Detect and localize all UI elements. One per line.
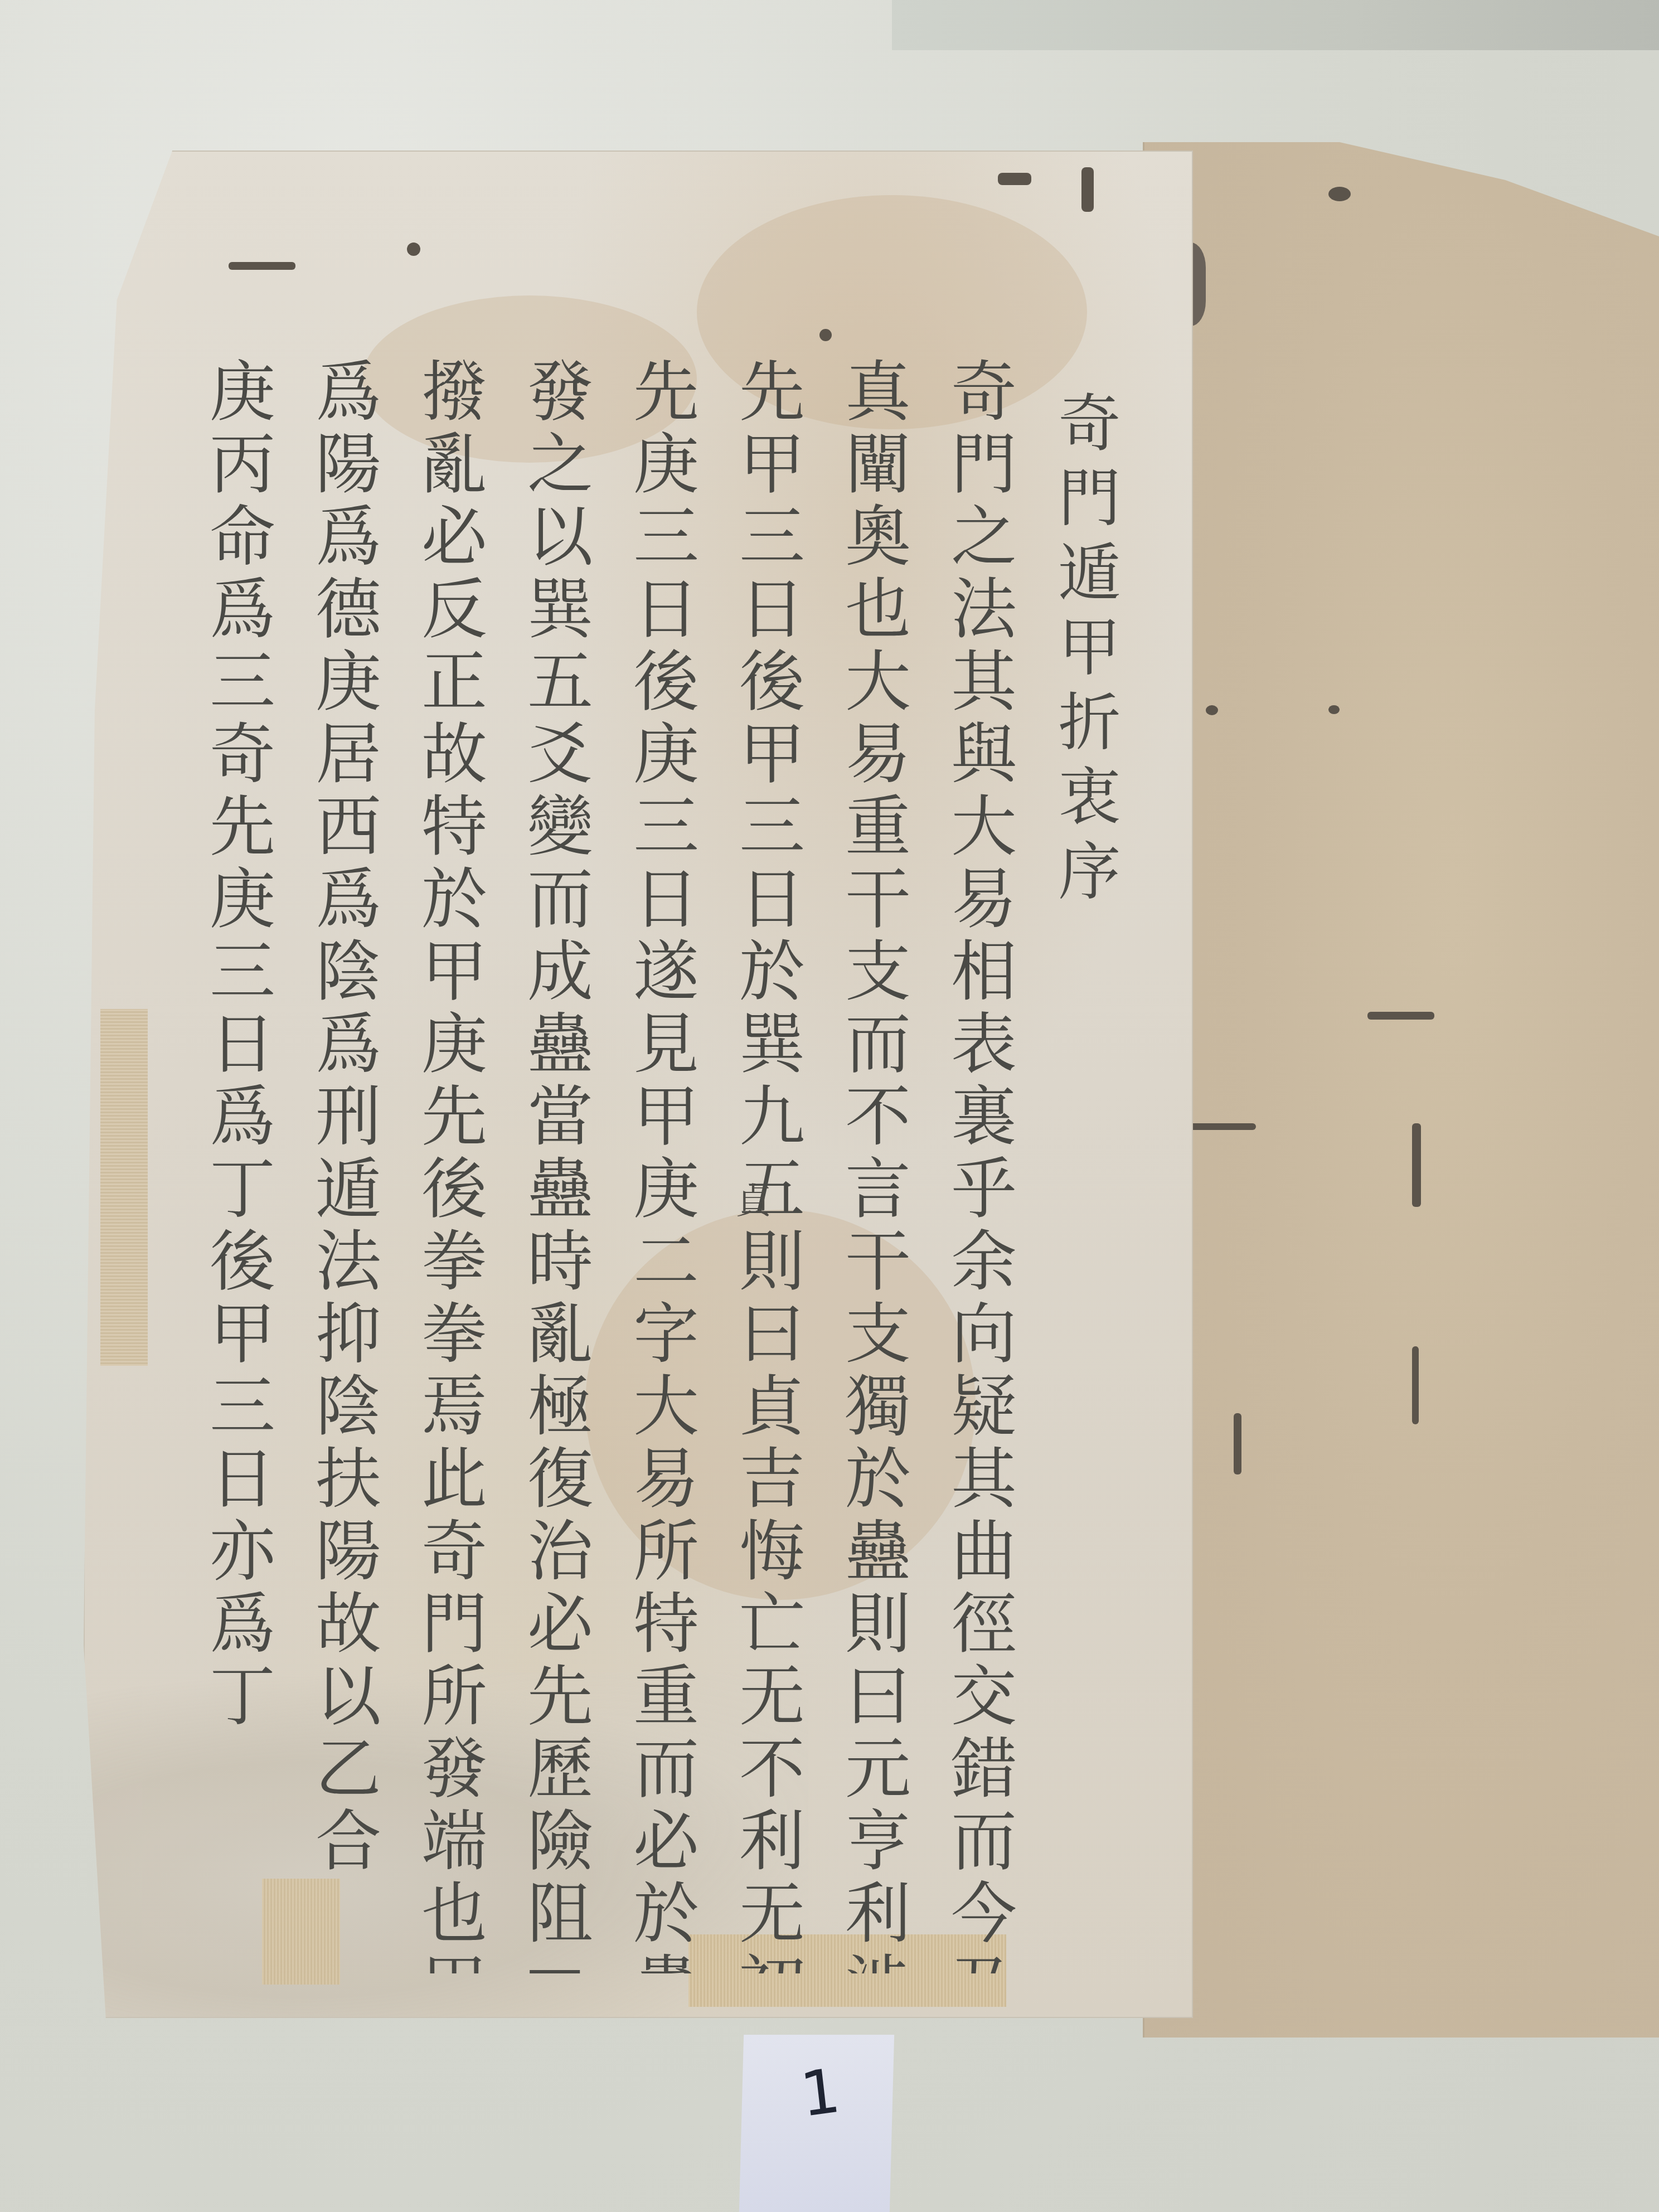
worm-hole — [998, 173, 1031, 185]
page-number-slip: 1 — [739, 2035, 894, 2212]
text-column-2: 真闡奧也大易重干支而不言干支獨於蠱則曰元亨利涉大川 — [819, 357, 925, 1973]
page-number: 1 — [797, 2055, 843, 2131]
worm-hole — [1206, 705, 1218, 715]
text-column-4: 先庚三日後庚三日遂見甲庚二字大易所特重而必於蠱巽 — [608, 357, 714, 1973]
worm-hole — [1328, 705, 1340, 714]
text-column-5: 發之以巽五爻變而成蠱當蠱時亂極復治必先歷險阻□□□ — [502, 357, 608, 1973]
worm-crack — [229, 262, 295, 270]
worm-hole — [1328, 187, 1351, 201]
worm-hole — [819, 329, 832, 341]
marginal-note: 貞 — [725, 1182, 776, 1217]
worm-crack — [1234, 1413, 1241, 1474]
text-column-7: 爲陽爲德庚居西爲陰爲刑遁法抑陰扶陽故以乙合 — [290, 357, 396, 1973]
worm-crack — [1367, 1012, 1434, 1020]
worm-hole — [407, 242, 420, 256]
background-surface — [892, 0, 1659, 50]
text-column-6: 撥亂必反正故特於甲庚先後拳拳焉此奇門所發端也甲□爲 — [396, 357, 502, 1973]
worm-crack — [1412, 1346, 1419, 1424]
text-column-8: 庚丙命爲三奇先庚三日爲丁後甲三日亦爲丁 — [184, 357, 290, 1973]
preface-title: 奇門遁甲折衷序 — [1031, 390, 1143, 2007]
text-column-3: 先甲三日後甲三日於巽九五則曰貞吉悔亡无不利无初有終 — [714, 357, 819, 1973]
text-column-1: 奇門之法其與大易相表裏乎余向疑其曲徑交錯而今乃知其 — [925, 357, 1031, 1973]
photo-scene: 奇門遁甲折衷序 奇門之法其與大易相表裏乎余向疑其曲徑交錯而今乃知其 真闡奧也大易… — [0, 0, 1659, 2212]
worm-crack — [1412, 1123, 1421, 1207]
worm-hole — [1081, 167, 1094, 212]
right-page-blank — [1143, 142, 1659, 2038]
vertical-text-block: 奇門遁甲折衷序 奇門之法其與大易相表裏乎余向疑其曲徑交錯而今乃知其 真闡奧也大易… — [128, 357, 1143, 1973]
